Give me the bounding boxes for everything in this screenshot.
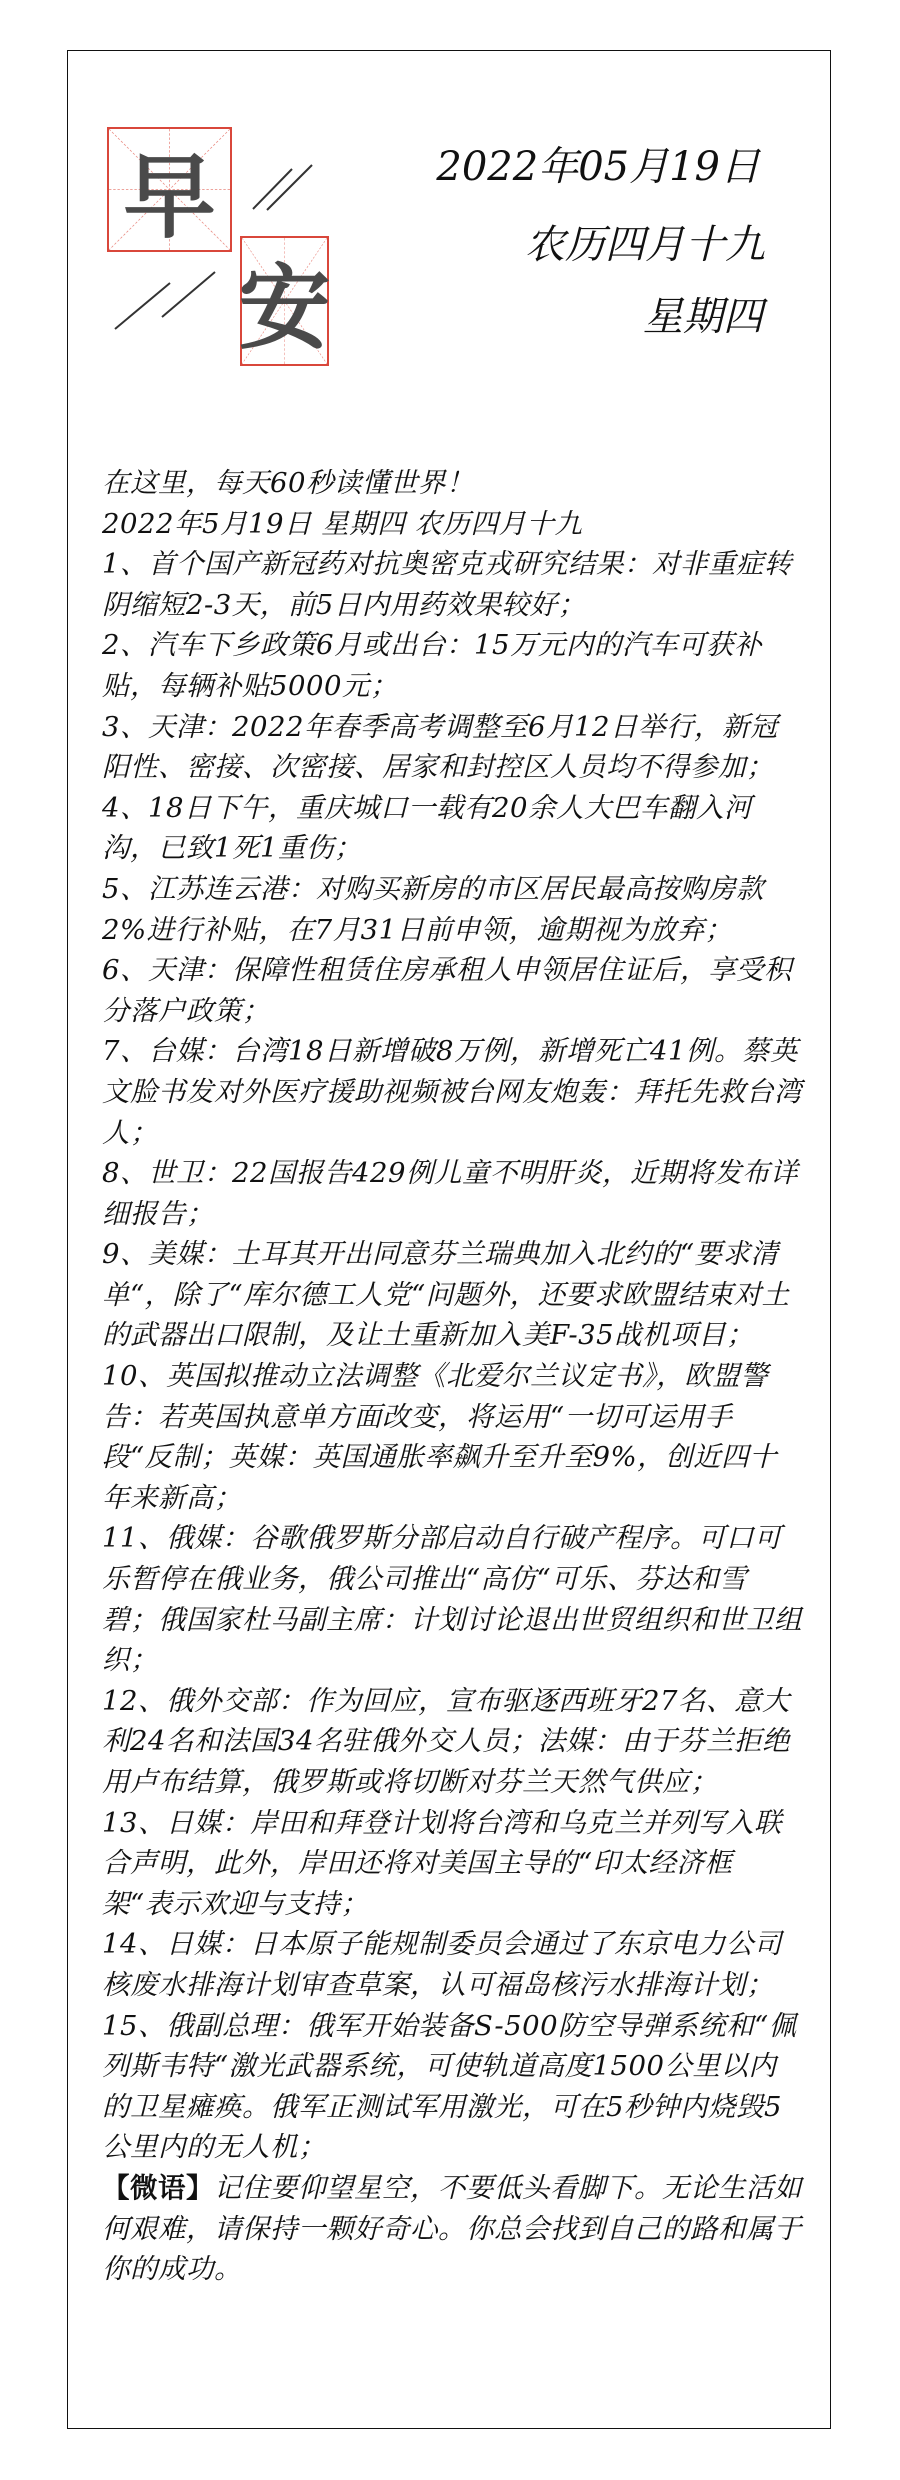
date-weekday: 星期四 [643, 285, 763, 342]
news-item: 10、英国拟推动立法调整《北爱尔兰议定书》，欧盟警告：若英国执意单方面改变，将运… [102, 1356, 802, 1518]
news-item: 8、世卫：22国报告429例儿童不明肝炎，近期将发布详细报告； [102, 1153, 802, 1234]
intro-line: 在这里，每天60秒读懂世界！ [102, 463, 802, 504]
news-item: 2、汽车下乡政策6月或出台：15万元内的汽车可获补贴，每辆补贴5000元； [102, 625, 802, 706]
quote-paragraph: 【微语】记住要仰望星空，不要低头看脚下。无论生活如何艰难，请保持一颗好奇心。你总… [102, 2168, 802, 2290]
news-item: 9、美媒：土耳其开出同意芬兰瑞典加入北约的“要求清单“，除了“库尔德工人党“问题… [102, 1234, 802, 1356]
news-item: 14、日媒：日本原子能规制委员会通过了东京电力公司核废水排海计划审查草案，认可福… [102, 1924, 802, 2005]
date-lunar: 农历四月十九 [525, 213, 765, 270]
news-item: 4、18日下午，重庆城口一载有20余人大巴车翻入河沟，已致1死1重伤； [102, 788, 802, 869]
quote-label: 【微语】 [102, 2172, 214, 2204]
news-item: 1、首个国产新冠药对抗奥密克戎研究结果：对非重症转阴缩短2-3天，前5日内用药效… [102, 544, 802, 625]
date-gregorian: 2022年05月19日 [436, 135, 760, 192]
news-item: 15、俄副总理：俄军开始装备S-500防空导弹系统和“佩列斯韦特“激光武器系统，… [102, 2006, 802, 2168]
news-item: 7、台媒：台湾18日新增破8万例，新增死亡41例。蔡英文脸书发对外医疗援助视频被… [102, 1031, 802, 1153]
news-item: 5、江苏连云港：对购买新房的市区居民最高按购房款2%进行补贴，在7月31日前申领… [102, 869, 802, 950]
news-item: 3、天津：2022年春季高考调整至6月12日举行，新冠阳性、密接、次密接、居家和… [102, 707, 802, 788]
news-item: 11、俄媒：谷歌俄罗斯分部启动自行破产程序。可口可乐暂停在俄业务，俄公司推出“高… [102, 1518, 802, 1680]
news-item: 12、俄外交部：作为回应，宣布驱逐西班牙27名、意大利24名和法国34名驻俄外交… [102, 1681, 802, 1803]
date-line: 2022年5月19日 星期四 农历四月十九 [102, 504, 802, 545]
news-item: 6、天津：保障性租赁住房承租人申领居住证后，享受积分落户政策； [102, 950, 802, 1031]
decorative-slashes-icon [0, 0, 900, 450]
news-content: 在这里，每天60秒读懂世界！ 2022年5月19日 星期四 农历四月十九 1、首… [102, 463, 802, 2290]
news-item: 13、日媒：岸田和拜登计划将台湾和乌克兰并列写入联合声明，此外，岸田还将对美国主… [102, 1803, 802, 1925]
